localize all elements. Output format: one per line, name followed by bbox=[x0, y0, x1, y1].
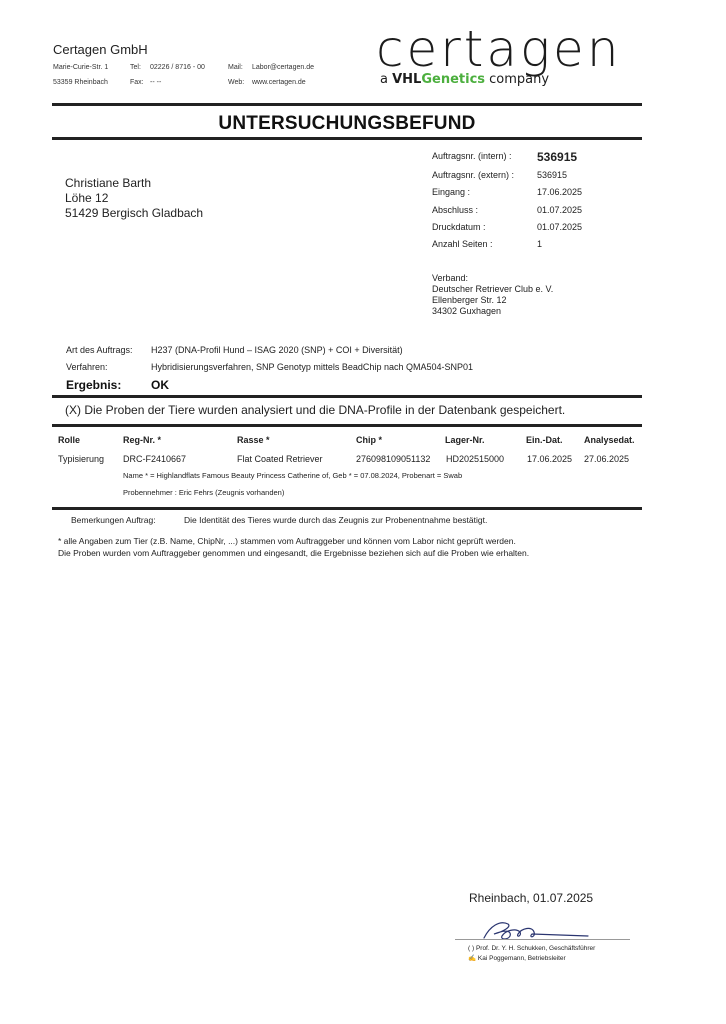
association-address: Verband: Deutscher Retriever Club e. V. … bbox=[432, 273, 553, 317]
association-city: 34302 Guxhagen bbox=[432, 306, 553, 317]
recipient-street: Löhe 12 bbox=[65, 191, 203, 206]
association-label: Verband: bbox=[432, 273, 553, 284]
logo-tagline-vhl: VHL bbox=[392, 72, 421, 87]
method-value: Hybridisierungsverfahren, SNP Genotyp mi… bbox=[151, 362, 473, 372]
col-header-role: Rolle bbox=[58, 435, 80, 445]
association-name: Deutscher Retriever Club e. V. bbox=[432, 284, 553, 295]
col-header-storage-nr: Lager-Nr. bbox=[445, 435, 485, 445]
pen-check-icon: ✍ bbox=[468, 955, 476, 962]
recipient-city: 51429 Bergisch Gladbach bbox=[65, 206, 203, 221]
order-type-label: Art des Auftrags: bbox=[66, 345, 133, 355]
col-header-receipt-date: Ein.-Dat. bbox=[526, 435, 563, 445]
web-label: Web: bbox=[228, 79, 244, 86]
result-rule bbox=[52, 395, 642, 398]
print-date: 01.07.2025 bbox=[537, 222, 582, 232]
fax-label: Fax: bbox=[130, 79, 144, 86]
meta-label: Abschluss : bbox=[432, 205, 478, 215]
col-header-chip: Chip * bbox=[356, 435, 382, 445]
cell-storage-nr: HD202515000 bbox=[446, 454, 504, 464]
receipt-date: 17.06.2025 bbox=[537, 187, 582, 197]
disclaimer-note: * alle Angaben zum Tier (z.B. Name, Chip… bbox=[58, 536, 516, 546]
logo-tagline-company: company bbox=[485, 72, 549, 87]
meta-label: Eingang : bbox=[432, 187, 470, 197]
result-value: OK bbox=[151, 378, 169, 392]
mail-label: Mail: bbox=[228, 64, 243, 71]
company-name: Certagen GmbH bbox=[53, 42, 148, 57]
col-header-reg-nr: Reg-Nr. * bbox=[123, 435, 161, 445]
meta-label: Druckdatum : bbox=[432, 222, 486, 232]
place-date: Rheinbach, 01.07.2025 bbox=[469, 891, 593, 905]
meta-label: Anzahl Seiten : bbox=[432, 239, 493, 249]
title-rule-top bbox=[52, 103, 642, 106]
recipient-address: Christiane Barth Löhe 12 51429 Bergisch … bbox=[65, 176, 203, 221]
cell-breed: Flat Coated Retriever bbox=[237, 454, 323, 464]
order-number-intern: 536915 bbox=[537, 150, 577, 164]
document-title: UNTERSUCHUNGSBEFUND bbox=[52, 113, 642, 135]
meta-label: Auftragsnr. (intern) : bbox=[432, 151, 512, 161]
signer-1: ( ) Prof. Dr. Y. H. Schukken, Geschäftsf… bbox=[468, 945, 595, 952]
signer-2-name: Kai Poggemann, Betriebsleiter bbox=[478, 955, 566, 962]
animal-details: Name * = Highlandflats Famous Beauty Pri… bbox=[123, 471, 462, 480]
cell-role: Typisierung bbox=[58, 454, 104, 464]
fax-number: -- -- bbox=[150, 79, 161, 86]
meta-label: Auftragsnr. (extern) : bbox=[432, 170, 514, 180]
col-header-analysis-date: Analysedat. bbox=[584, 435, 635, 445]
cell-receipt-date: 17.06.2025 bbox=[527, 454, 572, 464]
page-count: 1 bbox=[537, 239, 542, 249]
remarks-text: Die Identität des Tieres wurde durch das… bbox=[184, 515, 487, 525]
company-street: Marie-Curie-Str. 1 bbox=[53, 64, 108, 71]
tel-number: 02226 / 8716 - 00 bbox=[150, 64, 205, 71]
completion-date: 01.07.2025 bbox=[537, 205, 582, 215]
company-city: 53359 Rheinbach bbox=[53, 79, 108, 86]
logo-tagline-genetics: Genetics bbox=[421, 72, 485, 87]
tel-label: Tel: bbox=[130, 64, 141, 71]
association-street: Ellenberger Str. 12 bbox=[432, 295, 553, 306]
table-rule-top bbox=[52, 424, 642, 427]
result-label: Ergebnis: bbox=[66, 378, 121, 392]
table-rule-bottom bbox=[52, 507, 642, 510]
order-type-value: H237 (DNA-Profil Hund – ISAG 2020 (SNP) … bbox=[151, 345, 403, 355]
sampler-details: Probennehmer : Eric Fehrs (Zeugnis vorha… bbox=[123, 488, 284, 497]
col-header-breed: Rasse * bbox=[237, 435, 270, 445]
signature-line bbox=[455, 939, 630, 940]
recipient-name: Christiane Barth bbox=[65, 176, 203, 191]
remarks-label: Bemerkungen Auftrag: bbox=[71, 515, 156, 525]
signer-2: ✍ Kai Poggemann, Betriebsleiter bbox=[468, 954, 566, 962]
cell-analysis-date: 27.06.2025 bbox=[584, 454, 629, 464]
web-link[interactable]: www.certagen.de bbox=[252, 79, 306, 86]
title-rule-bottom bbox=[52, 137, 642, 140]
certagen-logo: certagen bbox=[376, 24, 622, 74]
cell-reg-nr: DRC-F2410667 bbox=[123, 454, 186, 464]
mail-link[interactable]: Labor@certagen.de bbox=[252, 64, 314, 71]
order-number-extern: 536915 bbox=[537, 170, 567, 180]
sample-note: Die Proben wurden vom Auftraggeber genom… bbox=[58, 548, 529, 558]
analysis-statement: (X) Die Proben der Tiere wurden analysie… bbox=[65, 403, 565, 417]
cell-chip: 276098109051132 bbox=[356, 454, 430, 464]
signature-mark bbox=[480, 918, 590, 944]
logo-tagline: a VHLGenetics company bbox=[380, 72, 549, 87]
method-label: Verfahren: bbox=[66, 362, 108, 372]
logo-tagline-a: a bbox=[380, 72, 392, 87]
